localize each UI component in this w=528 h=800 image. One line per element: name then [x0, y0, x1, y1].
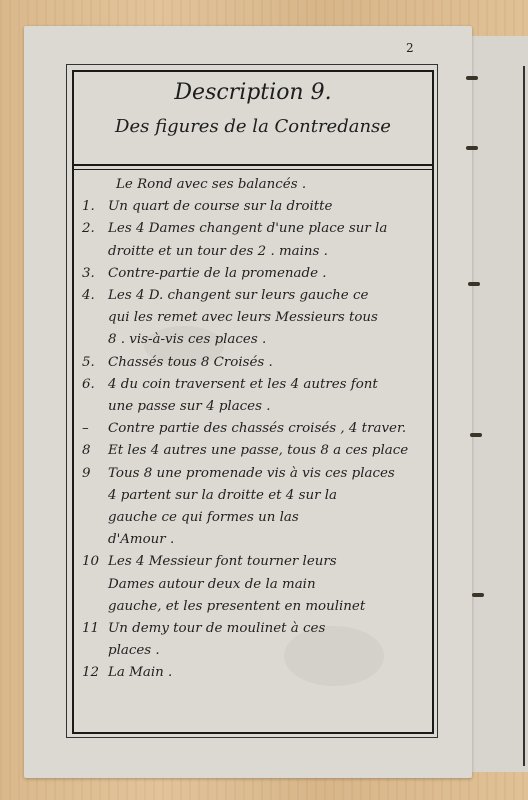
figure-line: droitte et un tour des 2 . mains . — [82, 241, 427, 263]
figure-line: 12La Main . — [82, 662, 427, 684]
figure-text: 4 partent sur la droitte et 4 sur la — [108, 488, 337, 503]
figure-number: – — [82, 418, 108, 440]
figure-line: d'Amour . — [82, 529, 427, 551]
page-title: Description 9. — [74, 80, 432, 105]
figure-line: 11Un demy tour de moulinet à ces — [82, 618, 427, 640]
figure-text: Les 4 Messieur font tourner leurs — [108, 554, 337, 569]
figure-text: Et les 4 autres une passe, tous 8 a ces … — [108, 443, 408, 458]
figure-line: 3.Contre-partie de la promenade . — [82, 263, 427, 285]
figure-text: Contre partie des chassés croisés , 4 tr… — [108, 421, 406, 436]
figure-line: –Contre partie des chassés croisés , 4 t… — [82, 418, 427, 440]
figure-line: 6.4 du coin traversent et les 4 autres f… — [82, 374, 427, 396]
figure-text: Tous 8 une promenade vis à vis ces place… — [108, 466, 395, 481]
figure-number: 3. — [82, 263, 108, 285]
figure-line: qui les remet avec leurs Messieurs tous — [82, 307, 427, 329]
figure-text: 4 du coin traversent et les 4 autres fon… — [108, 377, 378, 392]
figure-line: gauche, et les presentent en moulinet — [82, 596, 427, 618]
facing-page-frame-line — [523, 66, 525, 766]
figure-text: Un quart de course sur la droitte — [108, 199, 332, 214]
figure-text: gauche ce qui formes un las — [108, 510, 299, 525]
figure-text: 8 . vis-à-vis ces places . — [108, 332, 266, 347]
inner-border-frame: Description 9. Des figures de la Contred… — [72, 70, 434, 734]
figure-number: 1. — [82, 196, 108, 218]
facing-page-edge — [470, 36, 528, 772]
figure-text: une passe sur 4 places . — [108, 399, 271, 414]
figure-number: 10 — [82, 551, 108, 573]
figure-line: une passe sur 4 places . — [82, 396, 427, 418]
binding-stitch-hole — [470, 433, 482, 437]
figure-line: places . — [82, 640, 427, 662]
figure-text: Le Rond avec ses balancés . — [116, 177, 306, 192]
figure-line: 4 partent sur la droitte et 4 sur la — [82, 485, 427, 507]
figure-text: Dames autour deux de la main — [108, 577, 316, 592]
figure-line: 8 . vis-à-vis ces places . — [82, 329, 427, 351]
figure-number: 11 — [82, 618, 108, 640]
dance-figures-list: Le Rond avec ses balancés .1.Un quart de… — [82, 174, 427, 685]
figure-text: Un demy tour de moulinet à ces — [108, 621, 325, 636]
figure-line: 4.Les 4 D. changent sur leurs gauche ce — [82, 285, 427, 307]
binding-stitch-hole — [466, 76, 478, 80]
figure-text: Contre-partie de la promenade . — [108, 266, 327, 281]
figure-text: Les 4 D. changent sur leurs gauche ce — [108, 288, 368, 303]
figure-line: Dames autour deux de la main — [82, 574, 427, 596]
figure-line: 2.Les 4 Dames changent d'une place sur l… — [82, 218, 427, 240]
figure-text: places . — [108, 643, 160, 658]
figure-text: Chassés tous 8 Croisés . — [108, 355, 273, 370]
figure-line: 9Tous 8 une promenade vis à vis ces plac… — [82, 463, 427, 485]
figure-number: 4. — [82, 285, 108, 307]
figure-number: 5. — [82, 352, 108, 374]
figure-number: 8 — [82, 440, 108, 462]
figure-text: droitte et un tour des 2 . mains . — [108, 244, 328, 259]
figure-line: 1.Un quart de course sur la droitte — [82, 196, 427, 218]
figure-text: La Main . — [108, 665, 172, 680]
binding-stitch-hole — [472, 593, 484, 597]
figure-line: gauche ce qui formes un las — [82, 507, 427, 529]
figure-text: d'Amour . — [108, 532, 174, 547]
binding-stitch-hole — [466, 146, 478, 150]
figure-text: qui les remet avec leurs Messieurs tous — [108, 310, 378, 325]
figure-text: Les 4 Dames changent d'une place sur la — [108, 221, 387, 236]
figure-number: 12 — [82, 662, 108, 684]
binding-stitch-hole — [468, 282, 480, 286]
figure-number: 9 — [82, 463, 108, 485]
figure-line: 8Et les 4 autres une passe, tous 8 a ces… — [82, 440, 427, 462]
figure-text: gauche, et les presentent en moulinet — [108, 599, 365, 614]
figure-line: 10Les 4 Messieur font tourner leurs — [82, 551, 427, 573]
title-cartouche: Description 9. Des figures de la Contred… — [74, 72, 432, 166]
figure-line: Le Rond avec ses balancés . — [82, 174, 427, 196]
figure-number: 2. — [82, 218, 108, 240]
figure-number: 6. — [82, 374, 108, 396]
page-subtitle: Des figures de la Contredanse — [74, 116, 432, 137]
page-number: 2 — [406, 41, 414, 55]
figure-line: 5.Chassés tous 8 Croisés . — [82, 352, 427, 374]
